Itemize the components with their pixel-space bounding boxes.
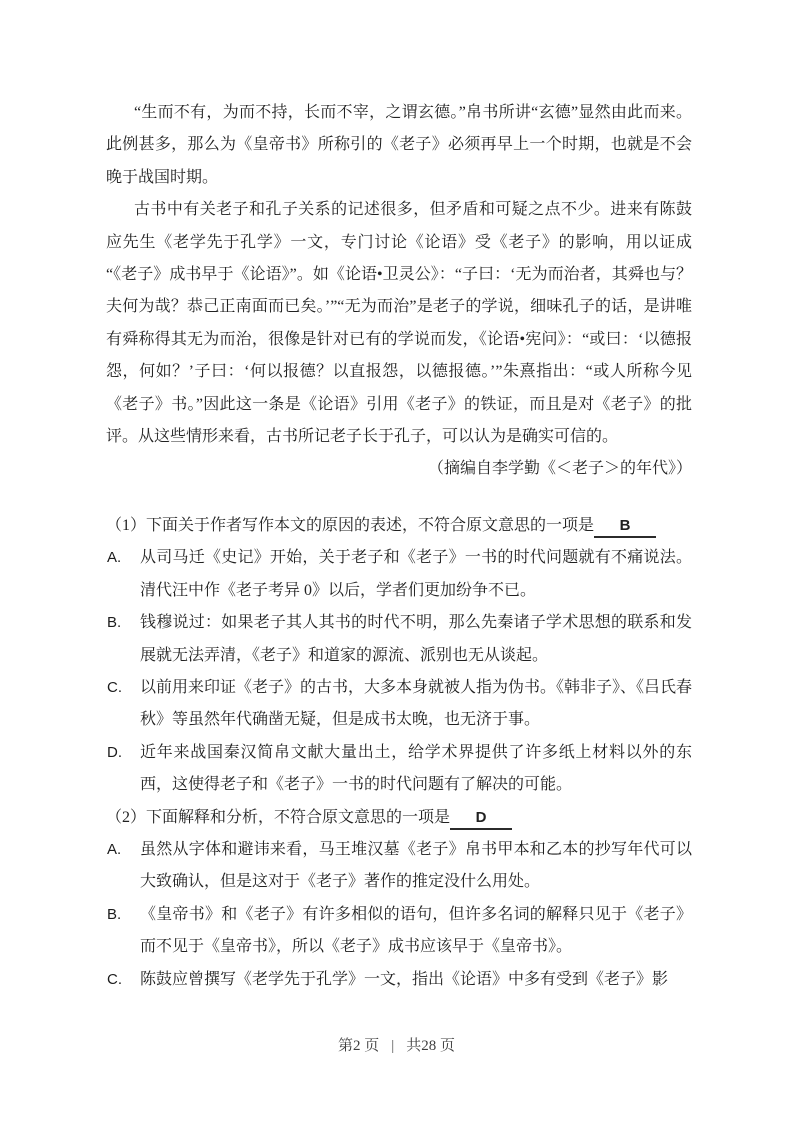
option-text: 虽然从字体和避讳来看，马王堆汉墓《老子》帛书甲本和乙本的抄写年代可以大致确认，但… xyxy=(140,841,692,890)
option-letter: B. xyxy=(107,607,121,639)
question-1-stem-text: （1）下面关于作者写作本文的原因的表述，不符合原文意思的一项是 xyxy=(106,517,594,534)
question-1-option-c: C. 以前用来印证《老子》的古书，大多本身就被人指为伪书。《韩非子》、《吕氏春秋… xyxy=(106,672,692,737)
option-letter: C. xyxy=(107,964,122,996)
option-text: 《皇帝书》和《老子》有许多相似的语句，但许多名词的解释只见于《老子》而不见于《皇… xyxy=(140,906,692,955)
question-1-answer-blank: B xyxy=(594,517,656,538)
question-1-option-b: B. 钱穆说过：如果老子其人其书的时代不明，那么先秦诸子学术思想的联系和发展就无… xyxy=(106,607,692,672)
question-2: （2）下面解释和分析，不符合原文意思的一项是D A. 虽然从字体和避讳来看，马王… xyxy=(106,802,692,996)
option-text: 从司马迁《史记》开始，关于老子和《老子》一书的时代问题就有不痛说法。清代汪中作《… xyxy=(140,549,692,598)
footer-divider: | xyxy=(391,1038,394,1055)
option-letter: B. xyxy=(107,899,121,931)
option-letter: C. xyxy=(107,672,122,704)
source-citation: （摘编自李学勤《＜老子＞的年代》） xyxy=(106,453,692,485)
option-letter: A. xyxy=(107,834,121,866)
paragraph: 古书中有关老子和孔子关系的记述很多，但矛盾和可疑之点不少。进来有陈鼓应先生《老学… xyxy=(106,194,692,453)
paragraph: “生而不有，为而不持，长而不宰，之谓玄德。”帛书所讲“玄德”显然由此而来。此例甚… xyxy=(106,97,692,194)
question-2-answer-blank: D xyxy=(450,809,512,830)
question-2-option-b: B. 《皇帝书》和《老子》有许多相似的语句，但许多名词的解释只见于《老子》而不见… xyxy=(106,899,692,964)
question-1-option-d: D. 近年来战国秦汉简帛文献大量出土，给学术界提供了许多纸上材料以外的东西，这使… xyxy=(106,737,692,802)
question-2-option-a: A. 虽然从字体和避讳来看，马王堆汉墓《老子》帛书甲本和乙本的抄写年代可以大致确… xyxy=(106,834,692,899)
exam-document-page: “生而不有，为而不持，长而不宰，之谓玄德。”帛书所讲“玄德”显然由此而来。此例甚… xyxy=(0,0,793,1122)
option-letter: D. xyxy=(107,737,122,769)
page-number: 第2 页 xyxy=(338,1038,379,1054)
question-2-stem: （2）下面解释和分析，不符合原文意思的一项是D xyxy=(106,802,692,834)
question-2-option-c: C. 陈鼓应曾撰写《老学先于孔学》一文，指出《论语》中多有受到《老子》影 xyxy=(106,964,692,996)
option-text: 以前用来印证《老子》的古书，大多本身就被人指为伪书。《韩非子》、《吕氏春秋》等虽… xyxy=(140,679,692,728)
question-1-option-a: A. 从司马迁《史记》开始，关于老子和《老子》一书的时代问题就有不痛说法。清代汪… xyxy=(106,542,692,607)
page-footer: 第2 页|共28 页 xyxy=(0,1034,793,1055)
question-1-stem: （1）下面关于作者写作本文的原因的表述，不符合原文意思的一项是B xyxy=(106,510,692,542)
total-pages: 共28 页 xyxy=(406,1038,455,1054)
option-text: 陈鼓应曾撰写《老学先于孔学》一文，指出《论语》中多有受到《老子》影 xyxy=(140,971,668,988)
page-content: “生而不有，为而不持，长而不宰，之谓玄德。”帛书所讲“玄德”显然由此而来。此例甚… xyxy=(106,97,692,1034)
option-letter: A. xyxy=(107,542,121,574)
question-2-stem-text: （2）下面解释和分析，不符合原文意思的一项是 xyxy=(106,809,450,826)
question-1: （1）下面关于作者写作本文的原因的表述，不符合原文意思的一项是B A. 从司马迁… xyxy=(106,510,692,802)
option-text: 近年来战国秦汉简帛文献大量出土，给学术界提供了许多纸上材料以外的东西，这使得老子… xyxy=(140,744,692,793)
option-text: 钱穆说过：如果老子其人其书的时代不明，那么先秦诸子学术思想的联系和发展就无法弄清… xyxy=(140,614,692,663)
